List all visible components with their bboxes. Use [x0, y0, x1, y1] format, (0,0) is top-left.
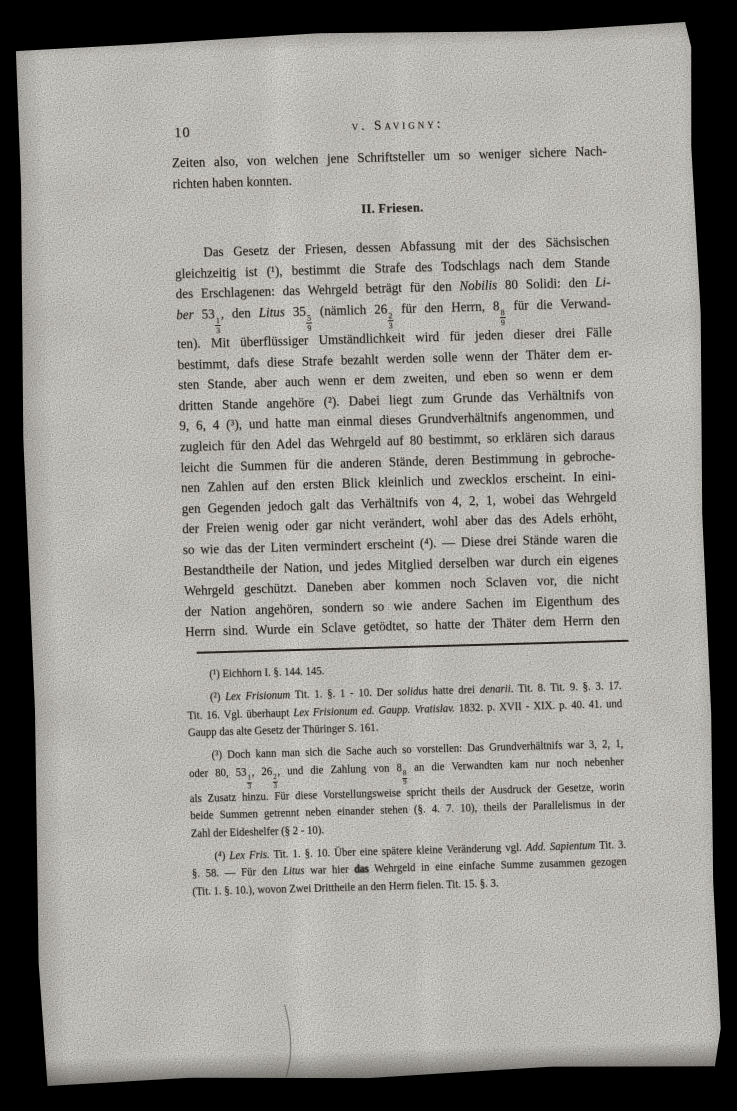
- italic-text: denarii: [480, 683, 511, 696]
- stacked-fraction: 89: [499, 308, 505, 326]
- main-paragraph: Das Gesetz der Friesen, dessen Abfassung…: [174, 231, 638, 643]
- stacked-fraction: 13: [215, 316, 221, 334]
- footnote-2: (²) Lex Frisionum Tit. 1. §. 1 - 10. Der…: [187, 678, 641, 743]
- stacked-fraction: 89: [402, 770, 408, 785]
- paragraph-continuation: Zeiten also, von welchen jene Schriftste…: [172, 141, 626, 195]
- scan-background: { "scan": { "background": "#000000", "pa…: [0, 0, 737, 1111]
- footnotes-block: (¹) Eichhorn I. §. 144. 145. (²) Lex Fri…: [186, 654, 645, 901]
- italic-text: Add. Sapientum: [526, 840, 596, 854]
- scan-hairline-artifact: [282, 1004, 292, 1082]
- italic-text: Lex Fris.: [229, 849, 270, 862]
- page-header: 10 v. Savigny:: [171, 111, 624, 146]
- footnote-4: (⁴) Lex Fris. Tit. 1. §. 10. Über eine s…: [191, 836, 645, 901]
- running-title: v. Savigny:: [171, 111, 624, 140]
- italic-text: solidus: [397, 685, 428, 698]
- stacked-fraction: 23: [387, 311, 393, 329]
- italic-text: ber: [176, 307, 194, 322]
- italic-text: Lex Frisionum: [225, 689, 290, 703]
- italic-text: Litus: [283, 865, 305, 878]
- footnote-3: (³) Doch kann man sich die Sache auch so…: [188, 736, 643, 844]
- stacked-fraction: 23: [272, 774, 278, 789]
- italic-text: Litus: [258, 304, 285, 320]
- italic-text: Nobilis: [459, 277, 497, 293]
- scanned-book-page: 10 v. Savigny: Zeiten also, von welchen …: [11, 21, 722, 1090]
- footnote-separator-rule: [197, 640, 629, 654]
- section-heading: II. Friesen.: [173, 195, 611, 222]
- stacked-fraction: 59: [306, 313, 312, 331]
- stacked-fraction: 13: [246, 775, 252, 790]
- page-number: 10: [174, 125, 191, 142]
- italic-text: Lex Frisionum ed. Gaupp. Vratislav.: [293, 702, 455, 719]
- italic-text: Li-: [595, 274, 611, 289]
- ink-smudged-text: das: [354, 864, 369, 876]
